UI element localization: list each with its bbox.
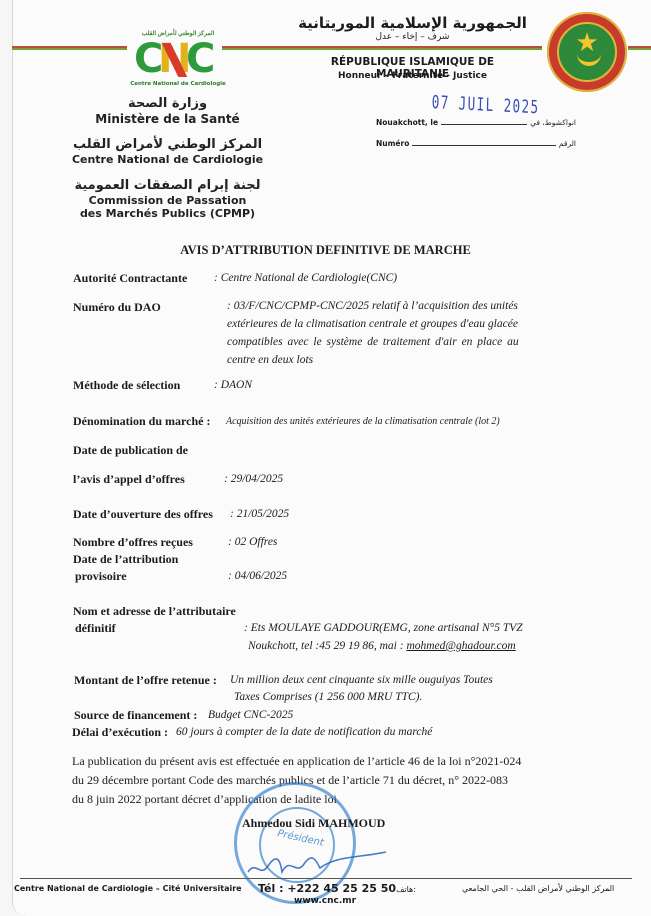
footer-tel-arabic: هاتف: [396,885,416,894]
nombre-label: Nombre d’offres reçues [73,535,193,550]
number-label-arabic: الرقم [559,139,576,148]
delai-value: 60 jours à compter de la date de notific… [176,726,432,738]
footer-telephone: Tél : +222 45 25 25 50هاتف: [258,882,416,895]
attributaire-email-link[interactable]: mohmed@ghadour.com [406,640,515,652]
publication-value: : 29/04/2025 [224,473,283,485]
dao-label: Numéro du DAO [73,300,161,315]
delai-label: Délai d’exécution : [72,725,168,740]
dao-line-3: compatibles avec le système de traitemen… [227,336,519,348]
footer-website-link[interactable]: www.cnc.mr [294,896,356,906]
legal-line-1: La publication du présent avis est effec… [72,752,521,771]
motto-french: Honneur – Fraternité - Justice [295,71,530,81]
place-date-field: Nouakchott, le انواكشوط، في [376,118,576,127]
signatory-name: Ahmedou Sidi MAHMOUD [242,816,385,831]
attribution-provisoire-label-2: provisoire [75,569,127,584]
nombre-value: : 02 Offres [228,536,277,548]
ouverture-label: Date d’ouverture des offres [73,507,213,522]
footer-rule [20,878,632,879]
attributaire-label-1: Nom et adresse de l’attributaire [73,604,236,619]
montant-line-1: Un million deux cent cinquante six mille… [230,674,493,686]
autorite-label: Autorité Contractante [73,271,187,286]
motto-arabic: شرف – إخاء – عدل [295,32,530,42]
cnc-logo: المركز الوطني لأمراض القلب CNC Centre Na… [128,30,228,96]
attribution-provisoire-value: : 04/06/2025 [228,570,287,582]
number-label: Numéro [376,139,409,148]
center-french: Centre National de Cardiologie [60,153,275,166]
financement-value: Budget CNC-2025 [208,709,293,721]
center-arabic: المركز الوطني لأمراض القلب [60,137,275,152]
header-rule-right [628,46,651,50]
montant-label: Montant de l’offre retenue : [74,673,217,688]
republic-arabic: الجمهورية الإسلامية الموريتانية [295,14,530,32]
header-rule-left [12,46,127,50]
notice-title: AVIS D’ATTRIBUTION DEFINITIVE DE MARCHE [0,243,651,258]
commission-french-1: Commission de Passation [60,194,275,207]
ouverture-value: : 21/05/2025 [230,508,289,520]
crescent-icon [577,50,601,66]
autorite-value: : Centre National de Cardiologie(CNC) [214,272,397,284]
header-rule-middle [222,46,542,50]
center-block: المركز الوطني لأمراض القلب Centre Nation… [60,137,275,166]
footer-address-arabic: المركز الوطني لأمراض القلب - الحي الجامع… [462,884,614,893]
dao-line-4: centre en deux lots [227,354,313,366]
commission-french-2: des Marchés Publics (CPMP) [60,207,275,220]
footer-tel-number: Tél : +222 45 25 25 50 [258,882,396,895]
dao-line-2: extérieures de la climatisation centrale… [227,318,518,330]
denomination-label: Dénomination du marché : [73,414,210,429]
attribution-provisoire-label-1: Date de l’attribution [73,552,178,567]
attributaire-label-2: définitif [75,621,116,636]
denomination-value: Acquisition des unités extérieures de la… [226,416,500,427]
place-label-arabic: انواكشوط، في [530,118,576,127]
commission-arabic: لجنة إبرام الصفقات العمومية [60,178,275,193]
montant-line-2: Taxes Comprises (1 256 000 MRU TTC). [234,691,422,703]
logo-letters: CNC [128,39,228,79]
financement-label: Source de financement : [74,708,197,723]
attributaire-line-1: : Ets MOULAYE GADDOUR(EMG, zone artisana… [244,622,523,634]
ministry-arabic: وزارة الصحة [60,96,275,111]
attributaire-line-2: Noukchott, tel :45 29 19 86, mai : mohme… [248,640,516,652]
ministry-block: وزارة الصحة Ministère de la Santé [60,96,275,126]
methode-label: Méthode de sélection [73,378,180,393]
publication-label-2: l’avis d’appel d’offres [73,472,185,487]
number-field: Numéro الرقم [376,139,576,148]
signature [246,850,396,880]
attributaire-address: Noukchott, tel :45 29 19 86, mai : [248,640,406,652]
footer-address-french: Centre National de Cardiologie – Cité Un… [14,884,242,893]
place-label: Nouakchott, le [376,118,438,127]
dao-line-1: : 03/F/CNC/CPMP-CNC/2025 relatif à l’acq… [227,300,518,312]
methode-value: : DAON [214,379,252,391]
publication-label-1: Date de publication de [73,443,188,458]
ministry-french: Ministère de la Santé [60,112,275,126]
commission-block: لجنة إبرام الصفقات العمومية Commission d… [60,178,275,220]
national-emblem: ★ [547,12,627,92]
